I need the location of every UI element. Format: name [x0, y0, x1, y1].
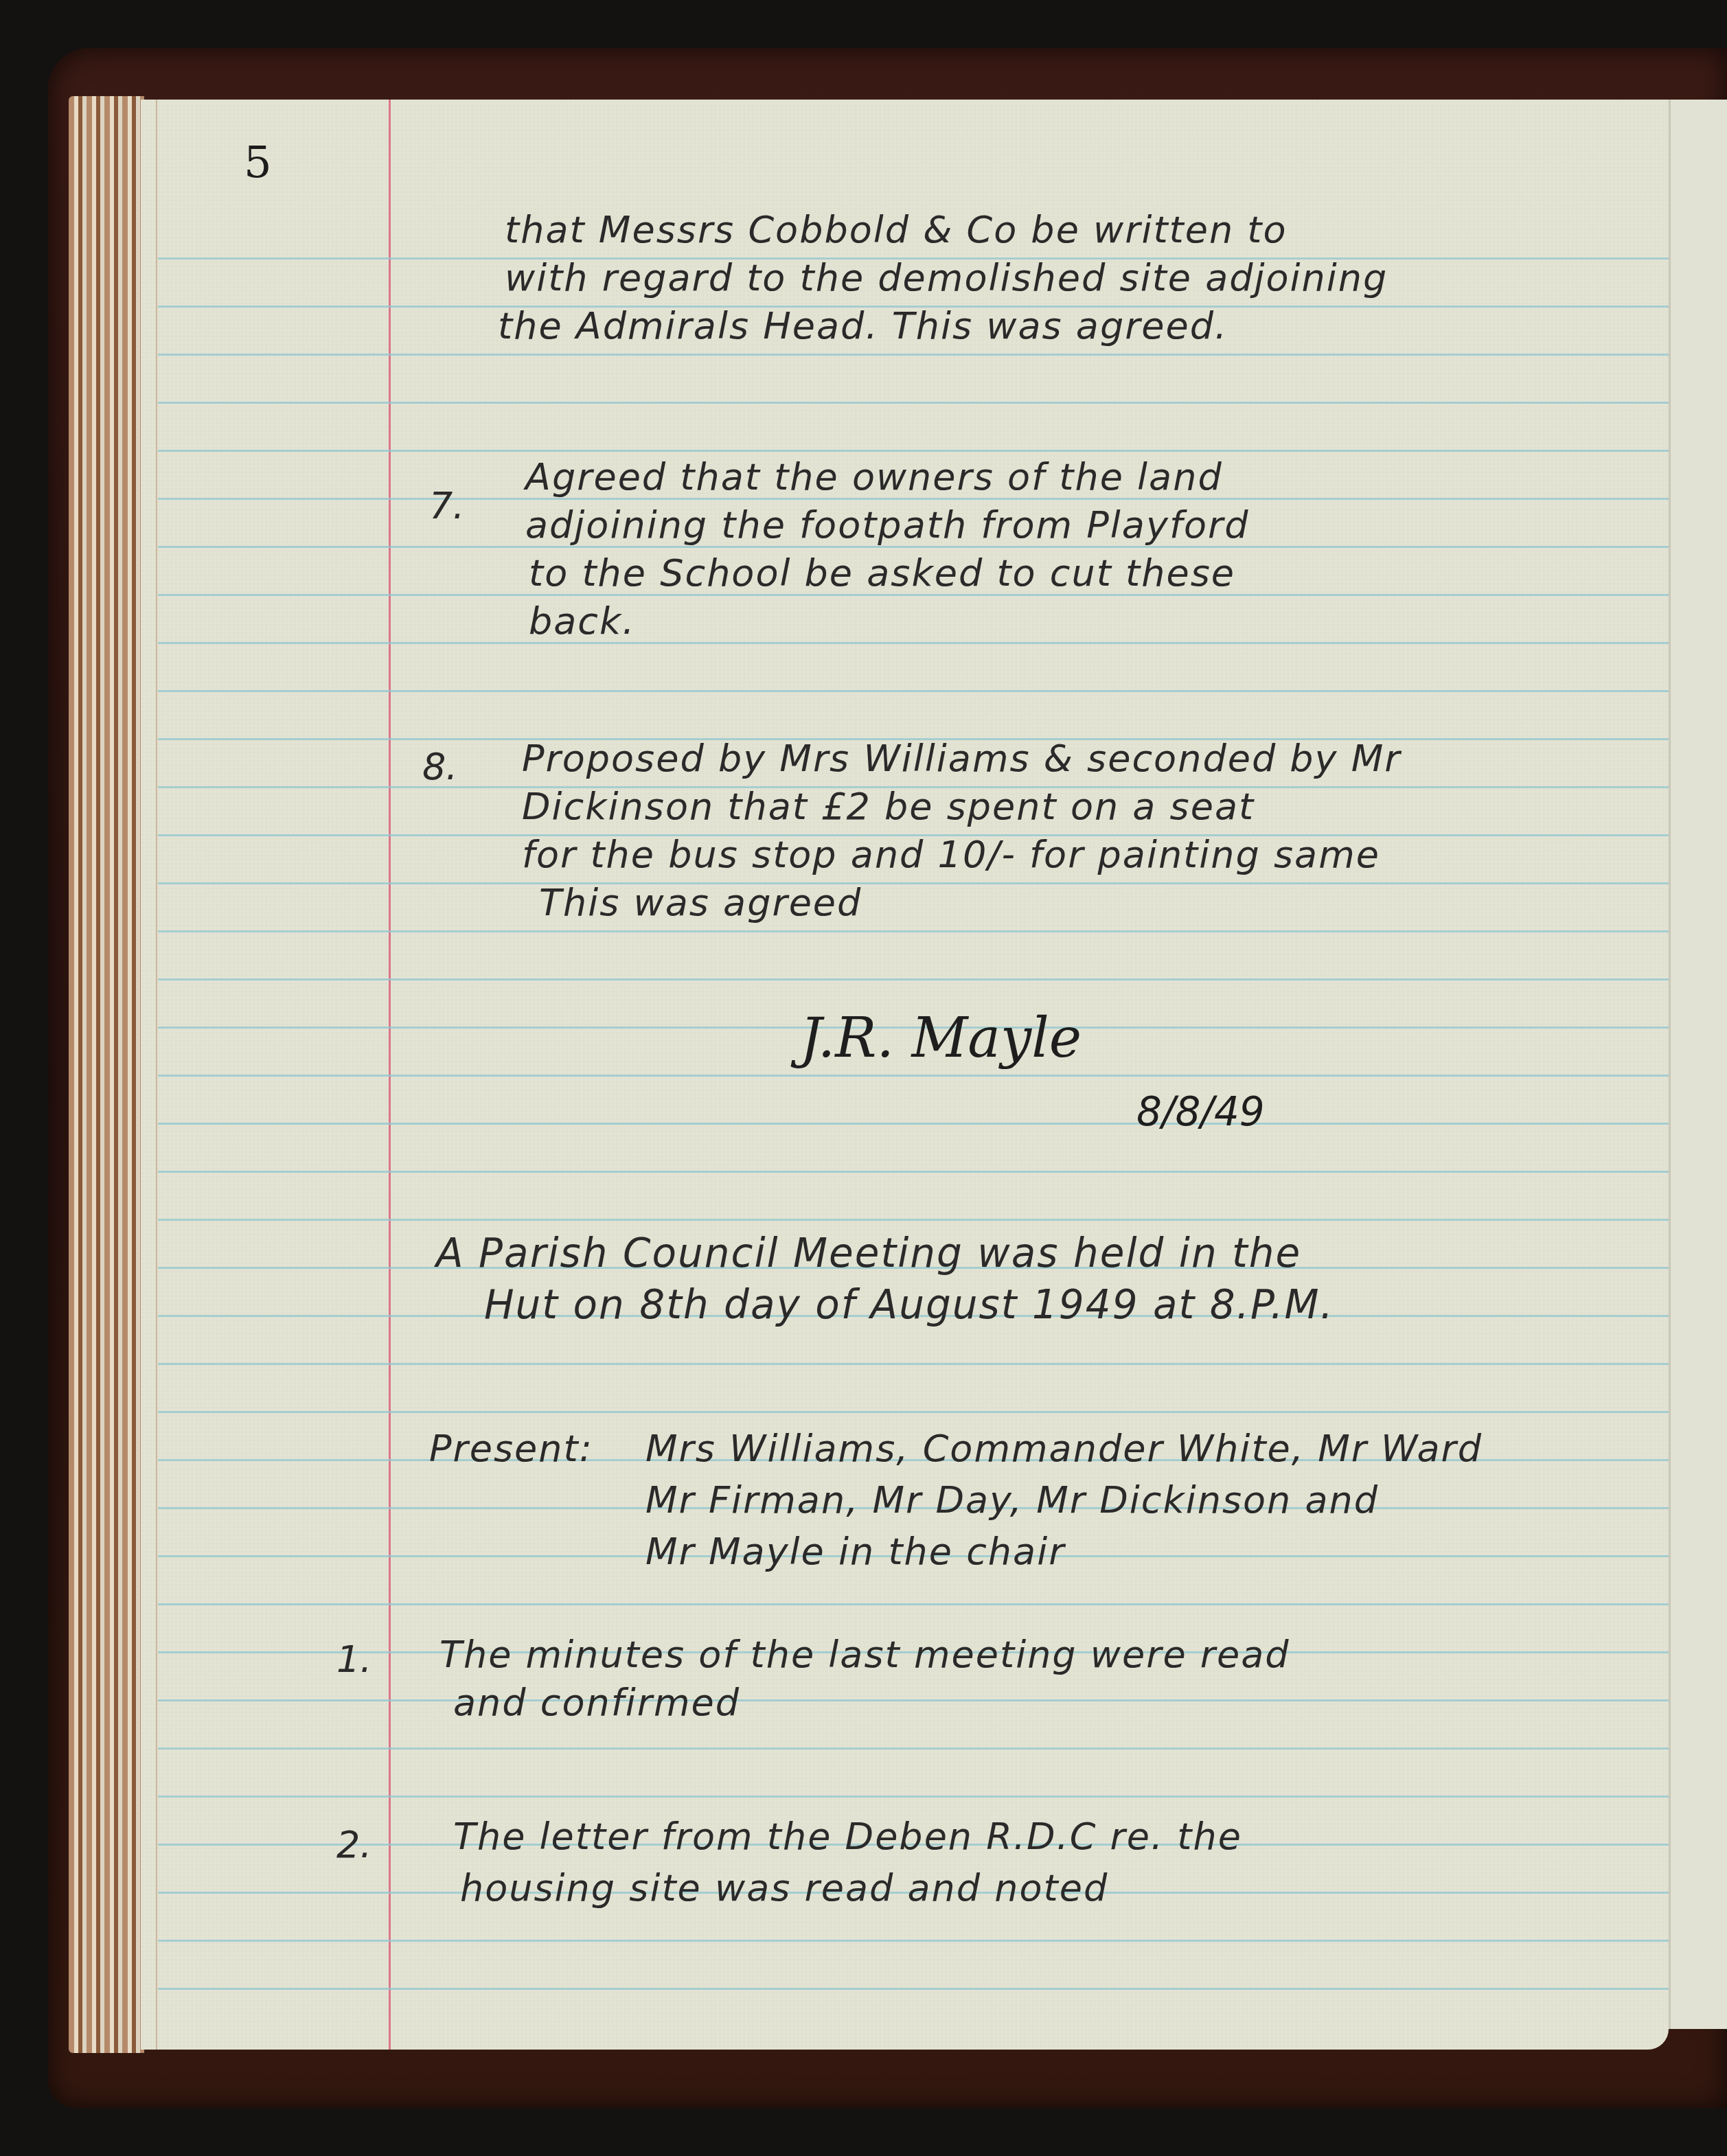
rule-line [158, 642, 1669, 644]
rule-line [158, 1075, 1669, 1077]
rule-line [158, 402, 1669, 404]
text-line: that Messrs Cobbold & Co be written to [505, 206, 1288, 254]
signature-date: 8/8/49 [1136, 1088, 1265, 1135]
gutter-line [156, 100, 157, 2050]
text-line: This was agreed [539, 879, 862, 927]
rule-line [158, 1988, 1669, 1990]
rule-line [158, 1171, 1669, 1173]
text-line: Mr Firman, Mr Day, Mr Dickinson and [645, 1476, 1379, 1524]
text-line: back. [529, 597, 636, 645]
rule-line [158, 1603, 1669, 1605]
text-line: and confirmed [453, 1679, 740, 1727]
text-line: adjoining the footpath from Playford [525, 501, 1249, 549]
text-line: The minutes of the last meeting were rea… [439, 1631, 1290, 1679]
item-number: 8. [422, 745, 458, 788]
signature: J.R. Mayle [800, 1006, 1082, 1070]
rule-line [158, 1796, 1669, 1798]
rule-line [158, 1747, 1669, 1750]
text-line: The letter from the Deben R.D.C re. the [453, 1813, 1242, 1861]
rule-line [158, 882, 1669, 884]
rule-line [158, 450, 1669, 452]
page-edges [69, 96, 144, 2053]
rule-line [158, 978, 1669, 980]
text-line: the Admirals Head. This was agreed. [498, 302, 1228, 350]
text-line: Mrs Williams, Commander White, Mr Ward [645, 1425, 1483, 1473]
text-line: to the School be asked to cut these [529, 549, 1235, 597]
rule-line [158, 1219, 1669, 1221]
rule-line [158, 1363, 1669, 1365]
rule-line [158, 354, 1669, 356]
rule-line [158, 1123, 1669, 1125]
rule-line [158, 690, 1669, 692]
text-line: Hut on 8th day of August 1949 at 8.P.M. [484, 1281, 1334, 1329]
text-line: Agreed that the owners of the land [525, 453, 1223, 501]
text-line: Dickinson that £2 be spent on a seat [522, 783, 1255, 831]
rule-line [158, 1940, 1669, 1942]
text-line: A Parish Council Meeting was held in the [436, 1229, 1301, 1277]
present-label: Present: [429, 1425, 593, 1473]
page-number: 5 [244, 137, 272, 188]
notebook-page: 5 that Messrs Cobbold & Co be written to… [141, 100, 1669, 2050]
rule-line [158, 1699, 1669, 1701]
text-line: with regard to the demolished site adjoi… [505, 254, 1388, 302]
item-number: 1. [336, 1638, 372, 1681]
facing-page-edge [1669, 100, 1727, 2029]
item-number: 2. [336, 1823, 372, 1866]
rule-line [158, 930, 1669, 932]
rule-line [158, 1411, 1669, 1413]
item-number: 7. [429, 484, 465, 527]
text-line: Proposed by Mrs Williams & seconded by M… [522, 735, 1402, 783]
text-line: for the bus stop and 10/- for painting s… [522, 831, 1380, 879]
text-line: Mr Mayle in the chair [645, 1528, 1065, 1576]
text-line: housing site was read and noted [460, 1864, 1108, 1912]
